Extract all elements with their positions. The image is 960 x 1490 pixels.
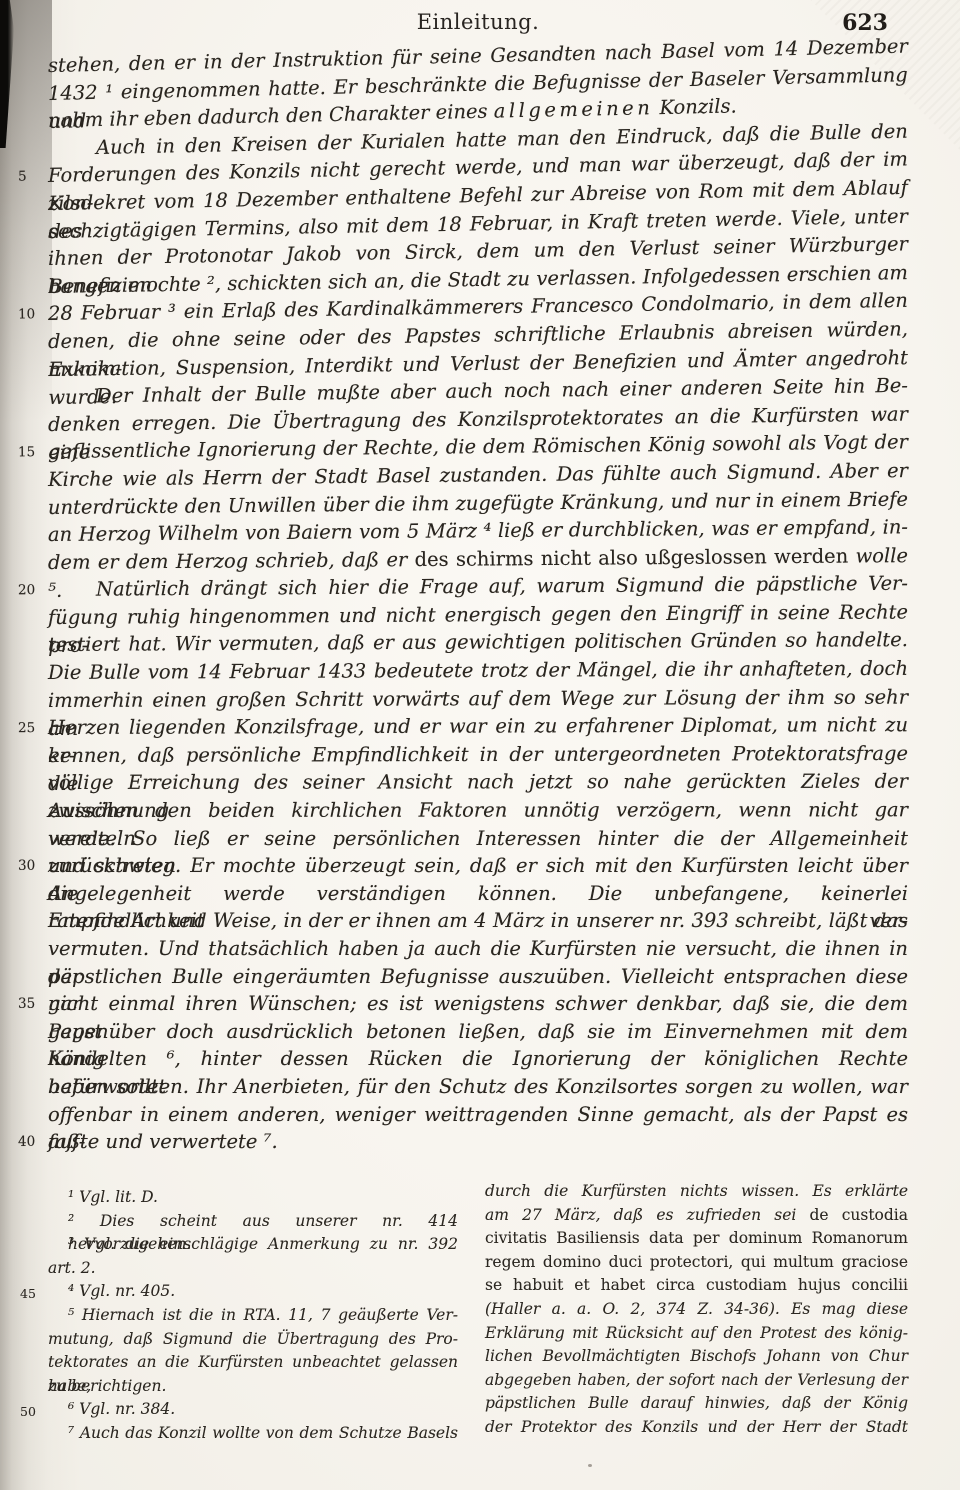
main-text-block: stehen, den er in der Instruktion für se… [48, 52, 908, 1156]
margin-line-number: 5 [18, 164, 27, 192]
text-segment: ³ Vgl. die einschlägige Anmerkung zu nr.… [68, 1235, 458, 1253]
margin-line-number: 25 [18, 715, 35, 743]
text-segment: se habuit et habet circa custodiam hujus… [485, 1276, 908, 1294]
margin-line-number: 45 [20, 1282, 36, 1306]
footnote-line: 45⁴ Vgl. nr. 405. [48, 1280, 458, 1304]
footnote-line: ⁷ Auch das Konzil wollte von dem Schutze… [48, 1422, 458, 1446]
text-segment: ⁵ Hiernach ist die in RTA. 11, 7 geäußer… [68, 1306, 458, 1324]
footnote-line: ⁵ Hiernach ist die in RTA. 11, 7 geäußer… [48, 1304, 458, 1328]
footnote-line: Erklärung mit Rücksicht auf den Protest … [485, 1322, 908, 1346]
text-segment: Natürlich drängt sich hier die Frage auf… [96, 572, 908, 601]
footnote-column-right: durch die Kurfürsten nichts wissen. Es e… [485, 1180, 908, 1440]
main-text-line: gegenüber doch ausdrücklich betonen ließ… [48, 1018, 908, 1046]
footnote-line: der Protektor des Konzils und der Herr d… [485, 1416, 908, 1440]
main-text-line: Die Bulle vom 14 Februar 1433 bedeutete … [48, 655, 908, 687]
main-text-line: handelten ⁶, hinter dessen Rücken die Ig… [48, 1045, 908, 1073]
text-segment: ⁶ Vgl. nr. 384. [68, 1400, 175, 1418]
running-title: Einleitung. [417, 10, 540, 34]
text-segment: der Protektor des Konzils und der Herr d… [485, 1418, 908, 1436]
margin-line-number: 50 [20, 1400, 36, 1424]
main-text-line: 35nicht einmal ihren Wünschen; es ist we… [48, 990, 908, 1018]
main-text-line: zwischen den beiden kirchlichen Faktoren… [48, 796, 908, 824]
margin-line-number: 20 [18, 577, 35, 605]
margin-line-number: 30 [18, 853, 35, 881]
footnote-line: civitatis Basiliensis data per dominum R… [485, 1227, 908, 1251]
text-segment: regem domino duci protectori, qui multum… [485, 1253, 908, 1271]
main-text-line: offenbar in einem anderen, weniger weitt… [48, 1101, 908, 1129]
text-segment: Konzils. [653, 95, 737, 120]
footnote-line: zu berichtigen. [48, 1375, 458, 1399]
main-text-line: völlige Erreichung des seiner Ansicht na… [48, 768, 908, 797]
main-text-line: werde. So ließ er seine persönlichen Int… [48, 825, 908, 853]
footnote-line: mutung, daß Sigmund die Übertragung des … [48, 1328, 458, 1352]
footnote-line: art. 2. [48, 1257, 458, 1281]
main-text-line: ratende Art und Weise, in der er ihnen a… [48, 907, 908, 935]
text-segment: mutung, daß Sigmund die Übertragung des … [48, 1330, 458, 1348]
margin-line-number: 35 [18, 991, 35, 1019]
text-segment: Die Bulle vom 14 Februar 1433 bedeutete … [48, 657, 908, 684]
margin-line-number: 10 [18, 302, 36, 330]
main-text-line: testiert hat. Wir vermuten, daß er aus g… [48, 627, 908, 660]
text-segment: art. 2. [48, 1259, 96, 1277]
text-segment: allgemeinen [493, 96, 653, 122]
text-segment: päpstlichen Bulle darauf hinwies, daß de… [485, 1394, 908, 1412]
text-segment: civitatis Basiliensis data per dominum R… [485, 1229, 908, 1247]
footnote-line: abgegeben haben, der sofort nach der Ver… [485, 1369, 908, 1393]
footnote-line: tektorates an die Kurfürsten unbeachtet … [48, 1351, 458, 1375]
text-segment: (Haller a. a. O. 2, 374 Z. 34-36). Es ma… [485, 1300, 908, 1318]
footnote-line: regem domino duci protectori, qui multum… [485, 1251, 908, 1275]
text-segment: abgegeben haben, der sofort nach der Ver… [485, 1371, 908, 1389]
main-text-line: haben sollten. Ihr Anerbieten, für den S… [48, 1073, 908, 1101]
main-text-line: 25Herzen liegenden Konzilsfrage, und er … [48, 711, 908, 741]
footnote-line: 50⁶ Vgl. nr. 384. [48, 1398, 458, 1422]
text-segment: durch die Kurfürsten nichts wissen. Es e… [485, 1182, 908, 1200]
main-text-line: 30und schwieg. Er mochte überzeugt sein,… [48, 852, 908, 880]
text-segment: ⁴ Vgl. nr. 405. [68, 1282, 175, 1300]
text-segment: ratende Art und Weise, in der er ihnen a… [48, 909, 908, 932]
main-text-line: kennen, daß persönliche Empfindlichkeit … [48, 740, 908, 770]
footnote-line: (Haller a. a. O. 2, 374 Z. 34-36). Es ma… [485, 1298, 908, 1322]
footnote-line: ² Dies scheint aus unserer nr. 414 hervo… [48, 1210, 458, 1234]
scanned-book-page: Einleitung. 623 stehen, den er in der In… [0, 0, 960, 1490]
scan-speck [588, 1464, 592, 1467]
text-segment: testiert hat. Wir vermuten, daß er aus g… [48, 629, 908, 657]
text-segment: lichen Bevollmächtigten Bischofs Johann … [485, 1347, 908, 1365]
footnote-line: ¹ Vgl. lit. D. [48, 1186, 458, 1210]
main-text-line: päpstlichen Bulle eingeräumten Befugniss… [48, 963, 908, 991]
footnote-column-left: ¹ Vgl. lit. D.² Dies scheint aus unserer… [48, 1186, 458, 1446]
text-segment: an Herzog Wilhelm von Baiern vom 5 März … [48, 515, 908, 546]
text-segment: ¹ Vgl. lit. D. [68, 1188, 158, 1206]
main-text-line: 40faßte und verwertete ⁷. [48, 1128, 908, 1156]
footnote-line: durch die Kurfürsten nichts wissen. Es e… [485, 1180, 908, 1204]
text-segment: Erklärung mit Rücksicht auf den Protest … [485, 1324, 908, 1342]
text-segment: am 27 März, daß es zufrieden sei [485, 1206, 809, 1224]
text-segment: faßte und verwertete ⁷. [48, 1130, 278, 1153]
main-text-line: immerhin einen großen Schritt vorwärts a… [48, 683, 908, 714]
footnote-line: päpstlichen Bulle darauf hinwies, daß de… [485, 1392, 908, 1416]
text-segment: ⁷ Auch das Konzil wollte von dem Schutze… [68, 1424, 458, 1442]
margin-line-number: 40 [18, 1129, 35, 1157]
main-text-line: Angelegenheit werde verständigen können.… [48, 880, 908, 908]
text-segment: de custodia [809, 1206, 908, 1224]
footnote-line: lichen Bevollmächtigten Bischofs Johann … [485, 1345, 908, 1369]
main-text-line: vermuten. Und thatsächlich haben ja auch… [48, 935, 908, 963]
text-segment: haben sollten. Ihr Anerbieten, für den S… [48, 1075, 908, 1098]
text-segment: dem er dem Herzog schrieb, daß er [48, 548, 415, 574]
footnote-line: se habuit et habet circa custodiam hujus… [485, 1274, 908, 1298]
text-segment: des schirms nicht also ußgeslossen werde… [415, 544, 856, 571]
margin-line-number: 15 [18, 439, 35, 467]
footnote-line: ³ Vgl. die einschlägige Anmerkung zu nr.… [48, 1233, 458, 1257]
footnote-line: am 27 März, daß es zufrieden sei de cust… [485, 1204, 908, 1228]
text-segment: zu berichtigen. [48, 1377, 166, 1395]
